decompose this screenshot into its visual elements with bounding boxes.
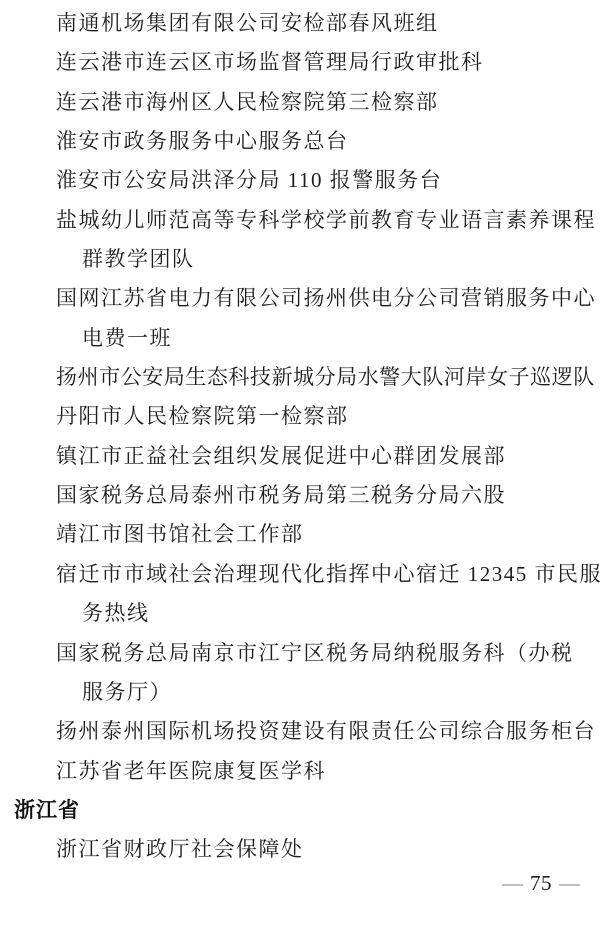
org-list-item: 江苏省老年医院康复医学科 (0, 752, 610, 791)
org-list-item: 连云港市海州区人民检察院第三检察部 (0, 83, 610, 122)
org-list-item: 国家税务总局南京市江宁区税务局纳税服务科（办税 (0, 634, 610, 673)
document-page: 南通机场集团有限公司安检部春风班组连云港市连云区市场监督管理局行政审批科连云港市… (0, 0, 610, 943)
org-list-item: 扬州泰州国际机场投资建设有限责任公司综合服务柜台 (0, 712, 610, 751)
org-list-item: 盐城幼儿师范高等专科学校学前教育专业语言素养课程 (0, 201, 610, 240)
org-list-item: 镇江市正益社会组织发展促进中心群团发展部 (0, 437, 610, 476)
org-award-list: 南通机场集团有限公司安检部春风班组连云港市连云区市场监督管理局行政审批科连云港市… (0, 0, 610, 870)
org-list-item-continuation: 电费一班 (0, 319, 610, 358)
org-list-item-continuation: 群教学团队 (0, 240, 610, 279)
footer-dash-left: — (502, 870, 523, 896)
org-list-item: 淮安市公安局洪泽分局 110 报警服务台 (0, 161, 610, 200)
org-list-item: 国网江苏省电力有限公司扬州供电分公司营销服务中心 (0, 279, 610, 318)
footer-dash-right: — (559, 870, 580, 896)
org-list-item: 南通机场集团有限公司安检部春风班组 (0, 4, 610, 43)
org-list-item: 扬州市公安局生态科技新城分局水警大队河岸女子巡逻队 (0, 358, 610, 397)
province-section-heading: 浙江省 (0, 791, 610, 830)
org-list-item-continuation: 服务厅） (0, 673, 610, 712)
org-list-item: 靖江市图书馆社会工作部 (0, 515, 610, 554)
org-list-item: 淮安市政务服务中心服务总台 (0, 122, 610, 161)
page-number: 75 (530, 870, 552, 896)
org-list-item: 连云港市连云区市场监督管理局行政审批科 (0, 43, 610, 82)
org-list-item-continuation: 务热线 (0, 594, 610, 633)
page-footer: — 75 — (502, 870, 580, 896)
org-list-item: 宿迁市市域社会治理现代化指挥中心宿迁 12345 市民服 (0, 555, 610, 594)
org-list-item: 丹阳市人民检察院第一检察部 (0, 397, 610, 436)
org-list-item: 国家税务总局泰州市税务局第三税务分局六股 (0, 476, 610, 515)
org-list-item: 浙江省财政厅社会保障处 (0, 830, 610, 869)
